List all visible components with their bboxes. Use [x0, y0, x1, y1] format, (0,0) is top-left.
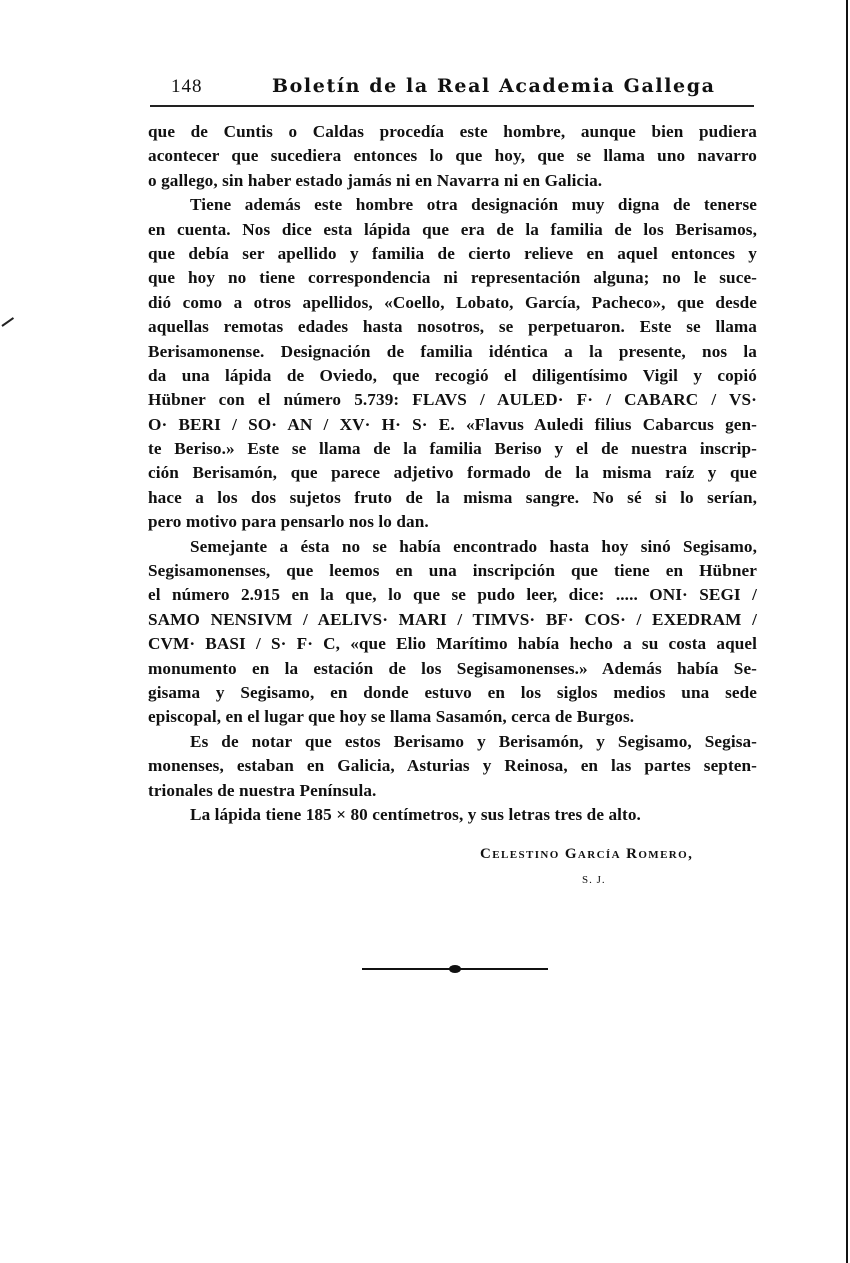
- text-line: hace a los dos sujetos fruto de la misma…: [148, 486, 757, 510]
- text-line: ción Berisamón, que parece adjetivo form…: [148, 461, 757, 485]
- text-line: La lápida tiene 185 × 80 centímetros, y …: [148, 803, 757, 827]
- text-line: pero motivo para pensarlo nos lo dan.: [148, 510, 757, 534]
- article-body: que de Cuntis o Caldas procedía este hom…: [148, 120, 757, 827]
- text-line: Tiene además este hombre otra designació…: [148, 193, 757, 217]
- text-line: Semejante a ésta no se había encontrado …: [148, 535, 757, 559]
- text-line: que hoy no tiene correspondencia ni repr…: [148, 266, 757, 290]
- page-header: 148 Boletín de la Real Academia Gallega: [150, 74, 754, 100]
- ornament-diamond-icon: [449, 965, 461, 973]
- text-line: que de Cuntis o Caldas procedía este hom…: [148, 120, 757, 144]
- text-line: SAMO NENSIVM / AELIVS· MARI / TIMVS· BF·…: [148, 608, 757, 632]
- text-line: da una lápida de Oviedo, que recogió el …: [148, 364, 757, 388]
- author-order: S. J.: [582, 874, 606, 886]
- text-line: Es de notar que estos Berisamo y Berisam…: [148, 730, 757, 754]
- text-line: Segisamonenses, que leemos en una inscri…: [148, 559, 757, 583]
- text-line: te Beriso.» Este se llama de la familia …: [148, 437, 757, 461]
- text-line: aquellas remotas edades hasta nosotros, …: [148, 315, 757, 339]
- text-line: trionales de nuestra Península.: [148, 779, 757, 803]
- text-line: monenses, estaban en Galicia, Asturias y…: [148, 754, 757, 778]
- text-line: o gallego, sin haber estado jamás ni en …: [148, 169, 757, 193]
- text-line: monumento en la estación de los Segisamo…: [148, 657, 757, 681]
- end-ornament: [362, 965, 548, 973]
- margin-pencil-mark: [1, 317, 14, 327]
- running-title: Boletín de la Real Academia Gallega: [272, 75, 716, 97]
- text-line: acontecer que sucediera entonces lo que …: [148, 144, 757, 168]
- text-line: que debía ser apellido y familia de cier…: [148, 242, 757, 266]
- text-line: en cuenta. Nos dice esta lápida que era …: [148, 218, 757, 242]
- text-line: CVM· BASI / S· F· C, «que Elio Marítimo …: [148, 632, 757, 656]
- text-line: Berisamonense. Designación de familia id…: [148, 340, 757, 364]
- text-line: episcopal, en el lugar que hoy se llama …: [148, 705, 757, 729]
- author-signature: Celestino García Romero,: [480, 846, 693, 863]
- text-line: gisama y Segisamo, en donde estuvo en lo…: [148, 681, 757, 705]
- page-number: 148: [171, 76, 203, 98]
- text-line: O· BERI / SO· AN / XV· H· S· E. «Flavus …: [148, 413, 757, 437]
- header-rule: [150, 105, 754, 107]
- page-edge-rule: [846, 0, 848, 1263]
- text-line: Hübner con el número 5.739: FLAVS / AULE…: [148, 388, 757, 412]
- text-line: dió como a otros apellidos, «Coello, Lob…: [148, 291, 757, 315]
- text-line: el número 2.915 en la que, lo que se pud…: [148, 583, 757, 607]
